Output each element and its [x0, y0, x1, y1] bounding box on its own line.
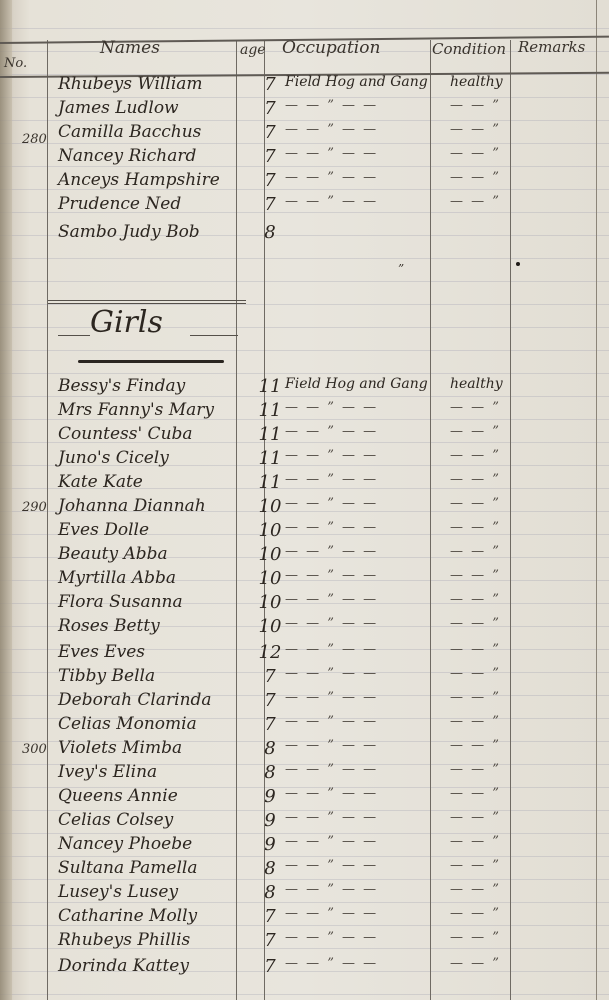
entry-occupation-ditto: — — ” — —: [285, 122, 378, 137]
entry-occupation: — — ” — —: [285, 568, 378, 583]
section-title-underline: [78, 360, 224, 363]
section-title-girls: Girls: [90, 305, 163, 340]
header-age: age: [240, 42, 266, 58]
table-row: Queens Annie9— — ” — —— — ”: [0, 786, 609, 809]
entry-condition: — — ”: [450, 544, 501, 559]
header-no: No.: [4, 56, 27, 71]
entry-occupation: — — ” — —: [285, 520, 378, 535]
entry-condition: — — ”: [450, 568, 501, 583]
entry-condition-ditto: — — ”: [450, 146, 501, 161]
entry-condition-ditto: — — ”: [450, 170, 501, 185]
entry-age: 9: [258, 786, 282, 807]
entry-occupation: — — ” — —: [285, 424, 378, 439]
entry-occupation: — — ” — —: [285, 738, 378, 753]
entry-occupation: — — ” — —: [285, 448, 378, 463]
entry-occupation: — — ” — —: [285, 714, 378, 729]
table-row: Beauty Abba10— — ” — —— — ”: [0, 544, 609, 567]
entry-age: 7: [258, 906, 282, 927]
entry-condition: — — ”: [450, 810, 501, 825]
entry-occupation: — — ” — —: [285, 690, 378, 705]
entry-occupation: — — ” — —: [285, 642, 378, 657]
entry-condition: — — ”: [450, 786, 501, 801]
entry-condition: — — ”: [450, 496, 501, 511]
entry-name: Eves Dolle: [58, 520, 149, 540]
entry-name: Dorinda Kattey: [58, 956, 189, 976]
entry-name: Rhubeys Phillis: [58, 930, 190, 950]
entry-age: 8: [258, 222, 282, 243]
entry-condition: — — ”: [450, 906, 501, 921]
table-row: Juno's Cicely11— — ” — —— — ”: [0, 448, 609, 471]
entry-age: 11: [258, 472, 282, 493]
entry-condition: — — ”: [450, 858, 501, 873]
entry-occupation: Field Hog and Gang: [285, 376, 428, 392]
entry-name: Nancey Phoebe: [58, 834, 192, 854]
entry-name: Anceys Hampshire: [58, 170, 220, 190]
entry-name: Flora Susanna: [58, 592, 183, 612]
entry-occupation: — — ” — —: [285, 762, 378, 777]
table-row: 290Johanna Diannah10— — ” — —— — ”: [0, 496, 609, 519]
entry-occupation: — — ” — —: [285, 882, 378, 897]
entry-condition: — — ”: [450, 930, 501, 945]
entry-condition: healthy: [450, 74, 503, 90]
table-row: James Ludlow 7 — — ” — — — — ”: [0, 98, 609, 121]
entry-condition-ditto: — — ”: [450, 194, 501, 209]
header-occupation: Occupation: [282, 38, 380, 58]
table-row: Ivey's Elina8— — ” — —— — ”: [0, 762, 609, 785]
table-row: Eves Eves12— — ” — —— — ”: [0, 642, 609, 665]
table-row: Mrs Fanny's Mary11— — ” — —— — ”: [0, 400, 609, 423]
entry-occupation: — — ” — —: [285, 906, 378, 921]
entry-condition: — — ”: [450, 882, 501, 897]
entry-condition: — — ”: [450, 616, 501, 631]
table-row: Anceys Hampshire 7 — — ” — — — — ”: [0, 170, 609, 193]
entry-age: 8: [258, 738, 282, 759]
entry-condition: — — ”: [450, 956, 501, 971]
entry-name: Eves Eves: [58, 642, 145, 662]
entry-age: 7: [258, 666, 282, 687]
entry-condition-ditto: — — ”: [450, 122, 501, 137]
entry-age: 7: [258, 146, 282, 167]
entry-name: Deborah Clarinda: [58, 690, 212, 710]
table-row: Catharine Molly7— — ” — —— — ”: [0, 906, 609, 929]
entry-condition: — — ”: [450, 448, 501, 463]
entry-name: Celias Monomia: [58, 714, 197, 734]
entry-occupation: — — ” — —: [285, 956, 378, 971]
entry-name: Sultana Pamella: [58, 858, 198, 878]
entry-condition: — — ”: [450, 714, 501, 729]
entry-age: 7: [258, 170, 282, 191]
table-row: 300Violets Mimba8— — ” — —— — ”: [0, 738, 609, 761]
entry-age: 10: [258, 520, 282, 541]
entry-age: 10: [258, 544, 282, 565]
entry-name: Queens Annie: [58, 786, 178, 806]
table-row: Nancey Phoebe9— — ” — —— — ”: [0, 834, 609, 857]
entry-age: 10: [258, 568, 282, 589]
entry-occupation: Field Hog and Gang: [285, 74, 428, 90]
ink-spot: [516, 262, 520, 266]
entry-age: 7: [258, 714, 282, 735]
entry-age: 7: [258, 690, 282, 711]
entry-name: Camilla Bacchus: [58, 122, 201, 142]
entry-name: Roses Betty: [58, 616, 160, 636]
entry-occupation: — — ” — —: [285, 810, 378, 825]
entry-name: Catharine Molly: [58, 906, 197, 926]
entry-age: 9: [258, 810, 282, 831]
entry-name: Tibby Bella: [58, 666, 155, 686]
entry-occupation: — — ” — —: [285, 400, 378, 415]
entry-occupation: — — ” — —: [285, 858, 378, 873]
entry-name: Nancey Richard: [58, 146, 196, 166]
table-row: Dorinda Kattey7— — ” — —— — ”: [0, 956, 609, 979]
entry-occupation: — — ” — —: [285, 544, 378, 559]
entry-condition: — — ”: [450, 834, 501, 849]
entry-condition: — — ”: [450, 400, 501, 415]
entry-occupation: — — ” — —: [285, 616, 378, 631]
entry-occupation-ditto: — — ” — —: [285, 170, 378, 185]
entry-name: Kate Kate: [58, 472, 143, 492]
table-row: Roses Betty10— — ” — —— — ”: [0, 616, 609, 639]
table-row: Rhubeys William 7 Field Hog and Gang hea…: [0, 74, 609, 97]
entry-name: Rhubeys William: [58, 74, 203, 94]
entry-age: 7: [258, 194, 282, 215]
entry-age: 8: [258, 762, 282, 783]
entry-occupation: — — ” — —: [285, 496, 378, 511]
table-row: Celias Monomia7— — ” — —— — ”: [0, 714, 609, 737]
entry-condition: — — ”: [450, 424, 501, 439]
entry-number: 300: [22, 742, 47, 757]
table-row: Celias Colsey9— — ” — —— — ”: [0, 810, 609, 833]
entry-occupation: — — ” — —: [285, 786, 378, 801]
entry-name: Myrtilla Abba: [58, 568, 176, 588]
entry-condition: — — ”: [450, 472, 501, 487]
entry-name: Juno's Cicely: [58, 448, 169, 468]
entry-condition: — — ”: [450, 762, 501, 777]
entry-age: 7: [258, 98, 282, 119]
entry-age: 11: [258, 400, 282, 421]
entry-name: Sambo Judy Bob: [58, 222, 200, 242]
entry-name: Lusey's Lusey: [58, 882, 178, 902]
table-row: Kate Kate11— — ” — —— — ”: [0, 472, 609, 495]
entry-name: Prudence Ned: [58, 194, 181, 214]
table-row: Countess' Cuba11— — ” — —— — ”: [0, 424, 609, 447]
entry-occupation-ditto: — — ” — —: [285, 98, 378, 113]
table-row: Nancey Richard 7 — — ” — — — — ”: [0, 146, 609, 169]
table-row: Lusey's Lusey8— — ” — —— — ”: [0, 882, 609, 905]
entry-name: Violets Mimba: [58, 738, 182, 758]
table-row: Deborah Clarinda7— — ” — —— — ”: [0, 690, 609, 713]
entry-age: 9: [258, 834, 282, 855]
entry-occupation-ditto: — — ” — —: [285, 146, 378, 161]
entry-occupation: — — ” — —: [285, 592, 378, 607]
entry-name: Ivey's Elina: [58, 762, 157, 782]
title-flourish-left: [58, 335, 90, 336]
table-row: Eves Dolle10— — ” — —— — ”: [0, 520, 609, 543]
entry-name: Celias Colsey: [58, 810, 173, 830]
entry-occupation: — — ” — —: [285, 472, 378, 487]
table-row: Bessy's Finday11Field Hog and Ganghealth…: [0, 376, 609, 399]
table-row: 280 Camilla Bacchus 7 — — ” — — — — ”: [0, 122, 609, 145]
entry-age: 12: [258, 642, 282, 663]
entry-condition: — — ”: [450, 690, 501, 705]
entry-condition: — — ”: [450, 520, 501, 535]
entry-occupation: — — ” — —: [285, 834, 378, 849]
table-row: Sambo Judy Bob 8: [0, 222, 609, 245]
entry-age: 11: [258, 424, 282, 445]
entry-name: Bessy's Finday: [58, 376, 185, 396]
entry-age: 7: [258, 74, 282, 95]
table-row: Sultana Pamella8— — ” — —— — ”: [0, 858, 609, 881]
entry-age: 11: [258, 448, 282, 469]
entry-name: Johanna Diannah: [58, 496, 206, 516]
entry-age: 7: [258, 956, 282, 977]
table-row: Flora Susanna10— — ” — —— — ”: [0, 592, 609, 615]
entry-condition: — — ”: [450, 642, 501, 657]
entry-condition: — — ”: [450, 592, 501, 607]
table-row: Myrtilla Abba10— — ” — —— — ”: [0, 568, 609, 591]
entry-condition: — — ”: [450, 738, 501, 753]
header-remarks: Remarks: [518, 38, 585, 56]
entry-occupation: — — ” — —: [285, 930, 378, 945]
header-condition: Condition: [432, 40, 506, 58]
entry-age: 11: [258, 376, 282, 397]
entry-age: 10: [258, 592, 282, 613]
entry-occupation-ditto: — — ” — —: [285, 194, 378, 209]
stray-ditto-mark: ”: [398, 262, 404, 276]
table-row: Rhubeys Phillis7— — ” — —— — ”: [0, 930, 609, 953]
entry-condition: healthy: [450, 376, 503, 392]
section-rule-top: [48, 300, 246, 301]
entry-condition: — — ”: [450, 666, 501, 681]
entry-age: 7: [258, 122, 282, 143]
header-names: Names: [100, 38, 160, 58]
entry-name: James Ludlow: [58, 98, 179, 118]
entry-age: 10: [258, 496, 282, 517]
entry-number: 280: [22, 132, 47, 147]
entry-name: Beauty Abba: [58, 544, 168, 564]
entry-name: Countess' Cuba: [58, 424, 193, 444]
entry-age: 10: [258, 616, 282, 637]
entry-number: 290: [22, 500, 47, 515]
title-flourish-right: [190, 335, 238, 336]
section-rule-top-2: [48, 303, 246, 304]
entry-age: 8: [258, 858, 282, 879]
entry-name: Mrs Fanny's Mary: [58, 400, 214, 420]
ledger-page: No. Names age Occupation Condition Remar…: [0, 0, 609, 1000]
table-row: Prudence Ned 7 — — ” — — — — ”: [0, 194, 609, 217]
entry-age: 8: [258, 882, 282, 903]
table-row: Tibby Bella7— — ” — —— — ”: [0, 666, 609, 689]
entry-occupation: — — ” — —: [285, 666, 378, 681]
entry-age: 7: [258, 930, 282, 951]
entry-condition-ditto: — — ”: [450, 98, 501, 113]
